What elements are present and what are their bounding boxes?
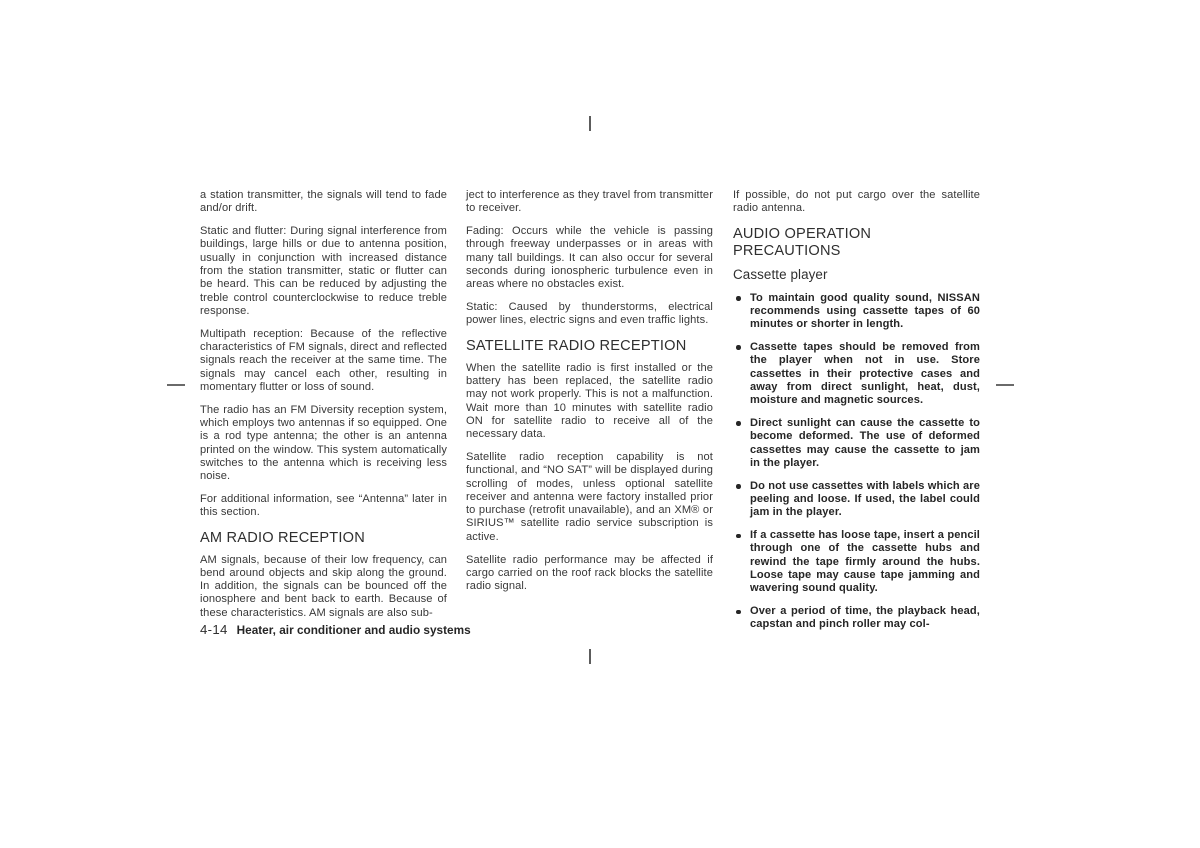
footer-section-title: Heater, air conditioner and audio system… — [237, 623, 471, 637]
paragraph-fading: Fading: Occurs while the vehicle is pass… — [466, 225, 713, 291]
bullet-icon — [736, 345, 741, 350]
bullet-icon — [736, 534, 741, 539]
column-middle: ject to interference as they travel from… — [466, 189, 713, 603]
list-item-text: Over a period of time, the playback head… — [750, 605, 980, 630]
list-item-text: Cassette tapes should be removed from th… — [750, 341, 980, 406]
list-item: Cassette tapes should be removed from th… — [733, 341, 980, 407]
list-item: To maintain good quality sound, NISSAN r… — [733, 292, 980, 332]
column-right: If possible, do not put cargo over the s… — [733, 189, 980, 641]
paragraph-roof-rack: Satellite radio performance may be affec… — [466, 554, 713, 594]
heading-satellite-radio-reception: SATELLITE RADIO RECEPTION — [466, 338, 713, 355]
paragraph-interference: ject to interference as they travel from… — [466, 189, 713, 216]
paragraph-multipath-reception: Multipath reception: Because of the refl… — [200, 328, 447, 394]
heading-audio-operation-precautions: AUDIO OPERATION PRECAUTIONS — [733, 226, 980, 260]
page-footer: 4-14Heater, air conditioner and audio sy… — [200, 621, 471, 639]
crop-mark-left-icon — [167, 384, 185, 386]
bullet-icon — [736, 610, 741, 615]
column-left: a station transmitter, the signals will … — [200, 189, 447, 630]
heading-am-radio-reception: AM RADIO RECEPTION — [200, 530, 447, 547]
paragraph-static-flutter: Static and flutter: During signal interf… — [200, 225, 447, 318]
paragraph-no-sat: Satellite radio reception capability is … — [466, 451, 713, 544]
list-item: Over a period of time, the playback head… — [733, 605, 980, 632]
paragraph-antenna-reference: For additional information, see “Antenna… — [200, 493, 447, 520]
list-item: Do not use cassettes with labels which a… — [733, 480, 980, 520]
crop-mark-top-icon — [589, 116, 591, 131]
list-item-text: To maintain good quality sound, NISSAN r… — [750, 292, 980, 331]
list-item-text: Direct sunlight can cause the cassette t… — [750, 417, 980, 469]
list-item: If a cassette has loose tape, insert a p… — [733, 529, 980, 595]
bullet-icon — [736, 484, 741, 489]
list-item-text: If a cassette has loose tape, insert a p… — [750, 529, 980, 594]
crop-mark-bottom-icon — [589, 649, 591, 664]
page-number: 4-14 — [200, 622, 228, 637]
list-item: Direct sunlight can cause the cassette t… — [733, 417, 980, 470]
paragraph-satellite-install: When the satellite radio is first instal… — [466, 362, 713, 442]
manual-page: a station transmitter, the signals will … — [0, 0, 1200, 848]
list-item-text: Do not use cassettes with labels which a… — [750, 480, 980, 519]
paragraph-fade-drift: a station transmitter, the signals will … — [200, 189, 447, 216]
subheading-cassette-player: Cassette player — [733, 267, 980, 283]
bullet-icon — [736, 296, 741, 301]
paragraph-fm-diversity: The radio has an FM Diversity reception … — [200, 404, 447, 484]
cassette-precaution-list: To maintain good quality sound, NISSAN r… — [733, 292, 980, 632]
bullet-icon — [736, 421, 741, 426]
paragraph-am-signals: AM signals, because of their low frequen… — [200, 554, 447, 620]
crop-mark-right-icon — [996, 384, 1014, 386]
paragraph-static: Static: Caused by thunderstorms, electri… — [466, 301, 713, 328]
paragraph-cargo-antenna: If possible, do not put cargo over the s… — [733, 189, 980, 216]
